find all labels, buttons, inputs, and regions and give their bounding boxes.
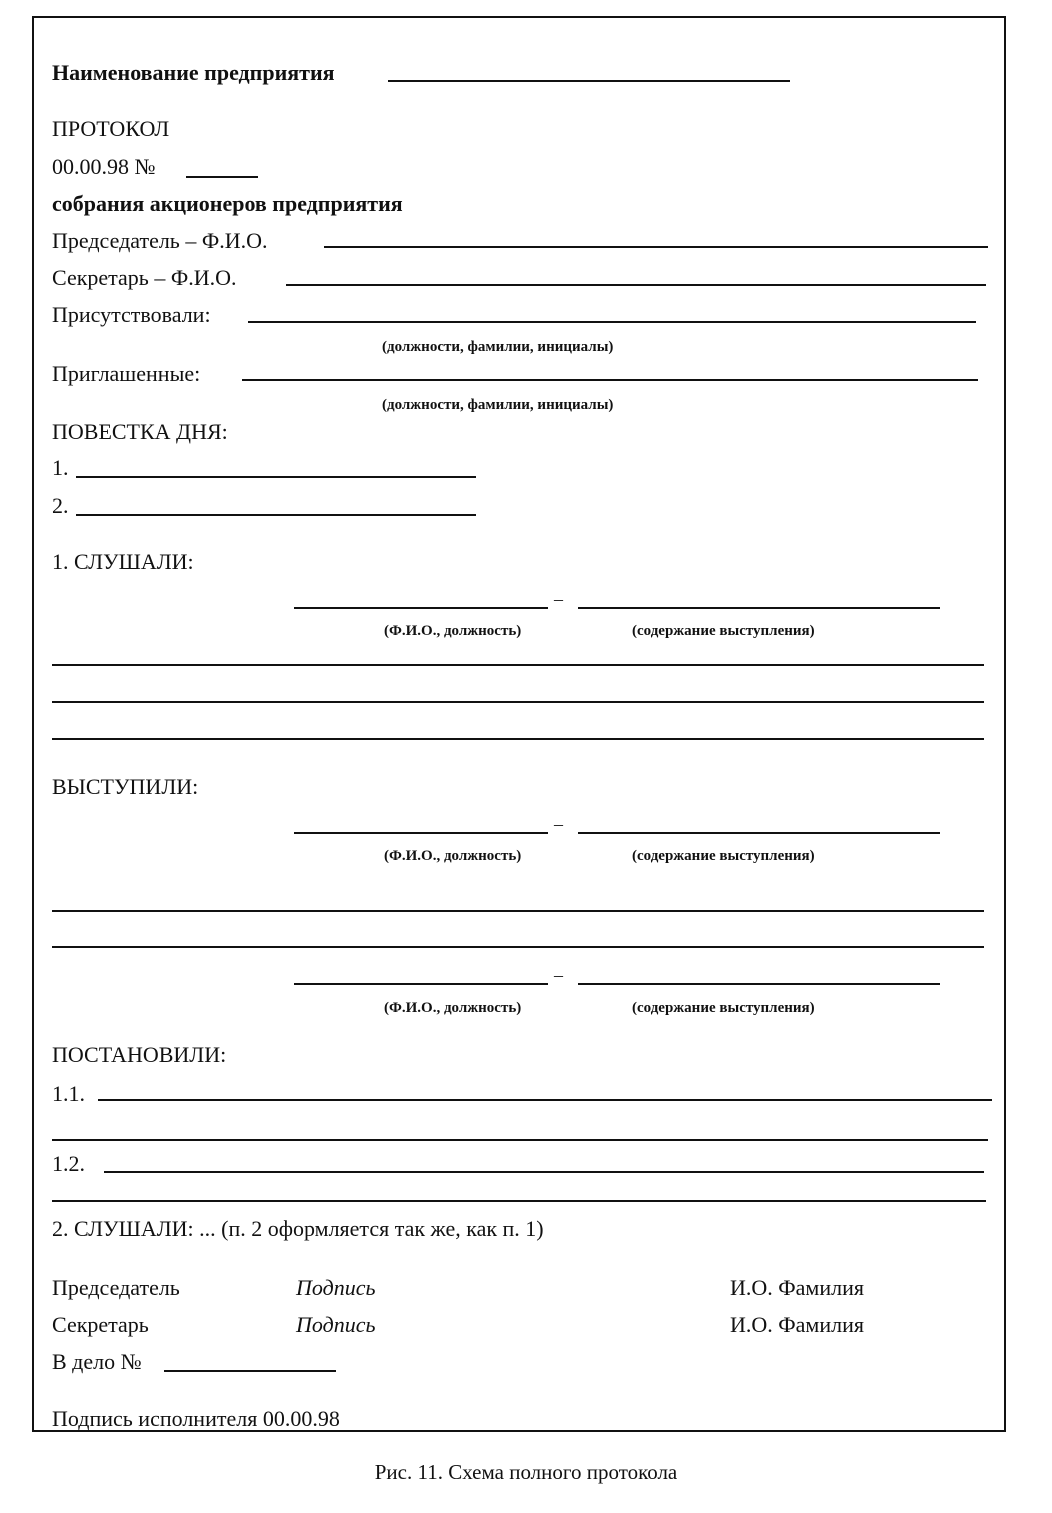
text-line [52,664,984,666]
chairman-name: И.О. Фамилия [730,1277,864,1299]
resolved-heading: ПОСТАНОВИЛИ: [52,1044,226,1066]
document-subtitle: собрания акционеров предприятия [52,193,403,215]
text-line [52,738,984,740]
invited-field-line [242,379,978,381]
text-line [52,1200,986,1202]
present-field-line [248,321,976,323]
secretary-name: И.О. Фамилия [730,1314,864,1336]
agenda-item-1-line [76,476,476,478]
speaker-hint: (Ф.И.О., должность) [384,849,521,864]
spoke-heading: ВЫСТУПИЛИ: [52,776,198,798]
content-hint: (содержание выступления) [632,624,815,639]
dash: – [554,590,563,608]
dash: – [554,815,563,833]
document-title: ПРОТОКОЛ [52,118,169,140]
content-line [578,607,940,609]
text-line [52,910,984,912]
secretary-role: Секретарь [52,1314,149,1336]
chairman-field-line [324,246,988,248]
chairman-role: Председатель [52,1277,180,1299]
chairman-label: Председатель – Ф.И.О. [52,230,268,252]
enterprise-label: Наименование предприятия [52,62,335,84]
speaker-hint: (Ф.И.О., должность) [384,1001,521,1016]
file-label: В дело № [52,1351,142,1373]
present-label: Присутствовали: [52,304,211,326]
resolved-item-2-line [104,1171,984,1173]
invited-hint: (должности, фамилии, инициалы) [382,398,613,413]
content-line [578,832,940,834]
secretary-field-line [286,284,986,286]
text-line [52,946,984,948]
text-line [52,701,984,703]
date-number: 00.00.98 № [52,156,156,178]
agenda-item-2: 2. [52,495,69,517]
speaker-line [294,832,548,834]
secretary-signature: Подпись [296,1314,376,1336]
secretary-label: Секретарь – Ф.И.О. [52,267,237,289]
speaker-hint: (Ф.И.О., должность) [384,624,521,639]
content-hint: (содержание выступления) [632,849,815,864]
resolved-item-1: 1.1. [52,1083,85,1105]
enterprise-field-line [388,80,790,82]
heard-heading: 1. СЛУШАЛИ: [52,551,194,573]
chairman-signature: Подпись [296,1277,376,1299]
content-line [578,983,940,985]
content-hint: (содержание выступления) [632,1001,815,1016]
invited-label: Приглашенные: [52,363,200,385]
agenda-item-1: 1. [52,457,69,479]
speaker-line [294,983,548,985]
file-number-line [164,1370,336,1372]
dash: – [554,966,563,984]
figure-caption: Рис. 11. Схема полного протокола [0,1460,1052,1485]
resolved-item-1-line [98,1099,992,1101]
text-line [52,1139,988,1141]
heard-2-note: 2. СЛУШАЛИ: ... (п. 2 оформляется так же… [52,1218,544,1240]
present-hint: (должности, фамилии, инициалы) [382,340,613,355]
speaker-line [294,607,548,609]
agenda-heading: ПОВЕСТКА ДНЯ: [52,421,228,443]
number-field-line [186,176,258,178]
executor-label: Подпись исполнителя 00.00.98 [52,1408,340,1430]
resolved-item-2: 1.2. [52,1153,85,1175]
agenda-item-2-line [76,514,476,516]
